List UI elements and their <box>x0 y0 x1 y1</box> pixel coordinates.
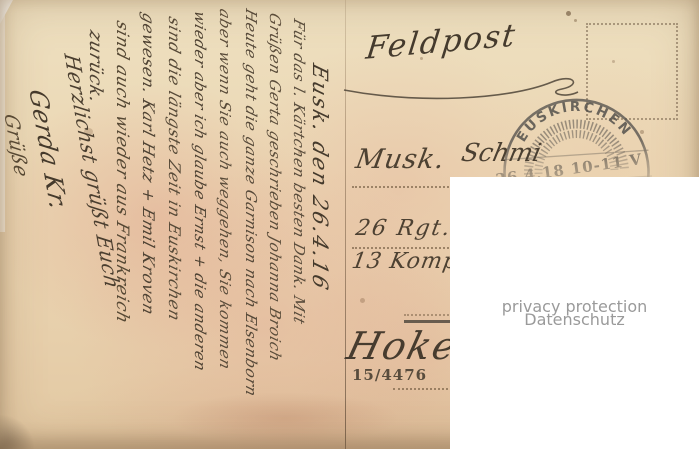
message-line: Für das l. Kärtchen besten Dank. Mit <box>290 17 308 327</box>
foxing-spot <box>574 19 577 22</box>
address-regiment: 26 Rgt. <box>354 216 454 241</box>
message-line: Heute geht die ganze Garnison nach Elsen… <box>242 7 260 399</box>
card-corner-shadow <box>0 415 34 449</box>
message-line: sind die längste Zeit in Euskirchen <box>165 15 184 324</box>
card-serial-number: 15/4476 <box>352 366 427 384</box>
address-rule-line <box>404 314 452 316</box>
address-name: Schmi <box>459 138 544 167</box>
message-line: Eusk. den 26.4.16 <box>308 61 332 294</box>
postcard: 15/4476 EUSKIRCHEN 26.4.18 10-11 V Fe <box>0 0 699 449</box>
card-corner-wear <box>0 0 13 24</box>
address-rank: Musk. <box>353 144 447 175</box>
message-signature: Gerda Kr. <box>23 88 73 212</box>
address-destination: Hoke <box>343 324 464 368</box>
foxing-spot <box>360 298 365 303</box>
address-company: 13 Komp <box>350 249 460 274</box>
address-rule-line <box>352 186 452 188</box>
privacy-overlay-text-de: Datenschutz <box>524 312 624 327</box>
message-line: Grüßen Gerta geschrieben Johanna Broich <box>266 11 284 364</box>
bottom-stain <box>170 392 400 444</box>
address-rule-line-solid <box>404 320 452 323</box>
privacy-overlay: privacy protection Datenschutz <box>450 177 699 449</box>
foxing-spot <box>566 11 571 16</box>
message-line: gewesen. Karl Hetz + Emil Kroven <box>139 11 158 318</box>
address-rule-line <box>393 388 452 390</box>
message-line: aber wenn Sie auch weggehen, Sie kommen <box>216 7 234 372</box>
message-line: wieder aber ich glaube Ernst + die ander… <box>191 9 209 374</box>
card-left-edge <box>0 0 5 232</box>
